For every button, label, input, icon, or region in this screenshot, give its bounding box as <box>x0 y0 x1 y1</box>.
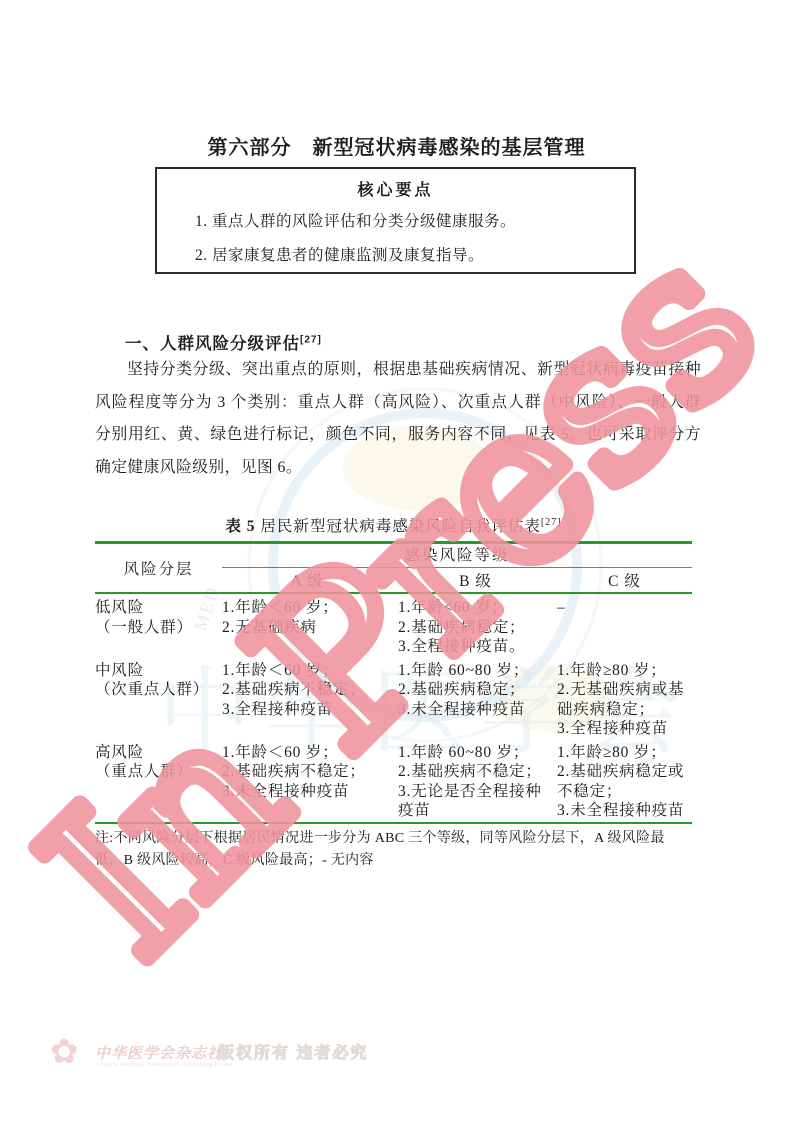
table-caption: 表 5 居民新型冠状病毒感染风险自我评估表[27] <box>95 514 692 536</box>
cell-line: 2.无基础疾病 <box>222 618 392 638</box>
cell-line: 1.年龄＜60 岁； <box>222 661 392 681</box>
paragraph-line: 确定健康风险级别，见图 6。 <box>95 452 701 485</box>
cell-line: 1.年龄 60~80 岁； <box>398 743 553 763</box>
table-row: 中风险 （次重点人群） 1.年龄＜60 岁； 2.基础疾病不稳定； 3.全程接种… <box>95 661 692 739</box>
cell-line: 3.全程接种疫苗。 <box>398 637 553 657</box>
body-paragraph: 坚持分类分级、突出重点的原则，根据患基础疾病情况、新型冠状病毒疫苗接种情况、感染… <box>95 354 701 484</box>
cell-line: 1.年龄≥80 岁； <box>557 661 692 681</box>
row-sublabel: （一般人群） <box>95 618 215 638</box>
page-title: 第六部分 新型冠状病毒感染的基层管理 <box>0 131 793 160</box>
column-header-grade-b: B 级 <box>398 569 553 592</box>
cell-grade-b: 1.年龄 60~80 岁； 2.基础疾病不稳定； 3.无论是否全程接种疫苗 <box>398 743 553 821</box>
table-header: 风险分层 感染风险等级 A 级 B 级 C 级 <box>95 544 692 594</box>
cell-line: 1.年龄＜60 岁； <box>222 743 392 763</box>
column-header-grade-c: C 级 <box>557 569 692 592</box>
row-label: 中风险 <box>95 661 215 681</box>
column-group-header: 感染风险等级 <box>222 544 692 568</box>
paragraph-line: 分别用红、黄、绿色进行标记，颜色不同，服务内容不同，见表 5。也可采取评分方法进… <box>95 419 701 452</box>
cell-line: – <box>557 598 692 618</box>
cell-line: 1.年龄＜60 岁； <box>222 598 392 618</box>
cell-line: 2.基础疾病稳定或不稳定； <box>557 762 692 801</box>
core-points-heading: 核心要点 <box>157 177 634 200</box>
cell-line: 2.基础疾病不稳定； <box>222 680 392 700</box>
cell-line: 2.无基础疾病或基础疾病稳定； <box>557 680 692 719</box>
reference-superscript: [27] <box>541 517 562 528</box>
row-label-cell: 中风险 （次重点人群） <box>95 661 215 700</box>
row-label: 低风险 <box>95 598 215 618</box>
risk-assessment-table: 风险分层 感染风险等级 A 级 B 级 C 级 低风险 （一般人群） 1.年龄＜… <box>95 541 692 872</box>
cell-line: 1.年龄 60~80 岁； <box>398 661 553 681</box>
copyright-watermark: 版权所有 违者必究 <box>218 1040 368 1063</box>
paragraph-line: 风险程度等分为 3 个类别：重点人群（高风险）、次重点人群（中风险）、一般人群（… <box>95 387 701 420</box>
table-note: 注:不同风险分层下根据居民情况进一步分为 ABC 三个等级，同等风险分层下，A … <box>95 828 692 872</box>
row-label-cell: 低风险 （一般人群） <box>95 598 215 637</box>
document-page: MED 中华医学会 第六部分 新型冠状病毒感染的基层管理 核心要点 1. 重点人… <box>0 0 793 1122</box>
cell-grade-a: 1.年龄＜60 岁； 2.基础疾病不稳定； 3.未全程接种疫苗 <box>222 743 392 802</box>
row-label: 高风险 <box>95 743 215 763</box>
paragraph-line: 坚持分类分级、突出重点的原则，根据患基础疾病情况、新型冠状病毒疫苗接种情况、感染… <box>95 354 701 387</box>
cell-line: 3.未全程接种疫苗 <box>398 700 553 720</box>
cell-line: 2.基础疾病稳定； <box>398 680 553 700</box>
cell-line: 1.年龄<60 岁； <box>398 598 553 618</box>
cell-grade-c: 1.年龄≥80 岁； 2.无基础疾病或基础疾病稳定； 3.全程接种疫苗 <box>557 661 692 739</box>
section-heading-text: 一、人群风险分级评估 <box>125 335 300 353</box>
cell-grade-a: 1.年龄＜60 岁； 2.基础疾病不稳定； 3.全程接种疫苗 <box>222 661 392 720</box>
publisher-flower-logo-icon: ✿ <box>50 1032 79 1072</box>
cell-line: 2.基础疾病稳定； <box>398 618 553 638</box>
publisher-name-en: Chinese Medical Association Publishing H… <box>96 1061 233 1068</box>
core-point-item: 2. 居家康复患者的健康监测及康复指导。 <box>195 243 484 265</box>
cell-line: 3.未全程接种疫苗 <box>557 801 692 821</box>
cell-line: 3.全程接种疫苗 <box>557 719 692 739</box>
cell-line: 2.基础疾病不稳定； <box>398 762 553 782</box>
reference-superscript: [27] <box>300 335 322 346</box>
cell-grade-a: 1.年龄＜60 岁； 2.无基础疾病 <box>222 598 392 637</box>
cell-grade-b: 1.年龄<60 岁； 2.基础疾病稳定； 3.全程接种疫苗。 <box>398 598 553 657</box>
core-point-item: 1. 重点人群的风险评估和分类分级健康服务。 <box>195 209 516 231</box>
cell-grade-b: 1.年龄 60~80 岁； 2.基础疾病稳定； 3.未全程接种疫苗 <box>398 661 553 720</box>
row-sublabel: （重点人群） <box>95 762 215 782</box>
section-heading: 一、人群风险分级评估[27] <box>125 330 322 354</box>
table-bottom-border <box>95 822 692 824</box>
cell-line: 2.基础疾病不稳定； <box>222 762 392 782</box>
table-caption-label: 表 5 <box>225 518 255 535</box>
cell-line: 3.全程接种疫苗 <box>222 700 392 720</box>
core-points-box: 核心要点 1. 重点人群的风险评估和分类分级健康服务。 2. 居家康复患者的健康… <box>155 167 636 274</box>
table-row: 低风险 （一般人群） 1.年龄＜60 岁； 2.无基础疾病 1.年龄<60 岁；… <box>95 598 692 657</box>
row-label-cell: 高风险 （重点人群） <box>95 743 215 782</box>
cell-line: 3.未全程接种疫苗 <box>222 782 392 802</box>
cell-line: 3.无论是否全程接种疫苗 <box>398 782 553 821</box>
column-header-risk-strata: 风险分层 <box>95 544 222 592</box>
table-row: 高风险 （重点人群） 1.年龄＜60 岁； 2.基础疾病不稳定； 3.未全程接种… <box>95 743 692 821</box>
cell-grade-c: – <box>557 598 692 618</box>
publisher-name-cn: 中华医学会杂志社 <box>95 1042 223 1063</box>
row-sublabel: （次重点人群） <box>95 680 215 700</box>
sub-header-row: A 级 B 级 C 级 <box>222 569 692 592</box>
column-header-grade-a: A 级 <box>222 569 392 592</box>
cell-line: 1.年龄≥80 岁； <box>557 743 692 763</box>
cell-grade-c: 1.年龄≥80 岁； 2.基础疾病稳定或不稳定； 3.未全程接种疫苗 <box>557 743 692 821</box>
table-body: 低风险 （一般人群） 1.年龄＜60 岁； 2.无基础疾病 1.年龄<60 岁；… <box>95 594 692 821</box>
table-caption-text: 居民新型冠状病毒感染风险自我评估表 <box>260 518 541 535</box>
